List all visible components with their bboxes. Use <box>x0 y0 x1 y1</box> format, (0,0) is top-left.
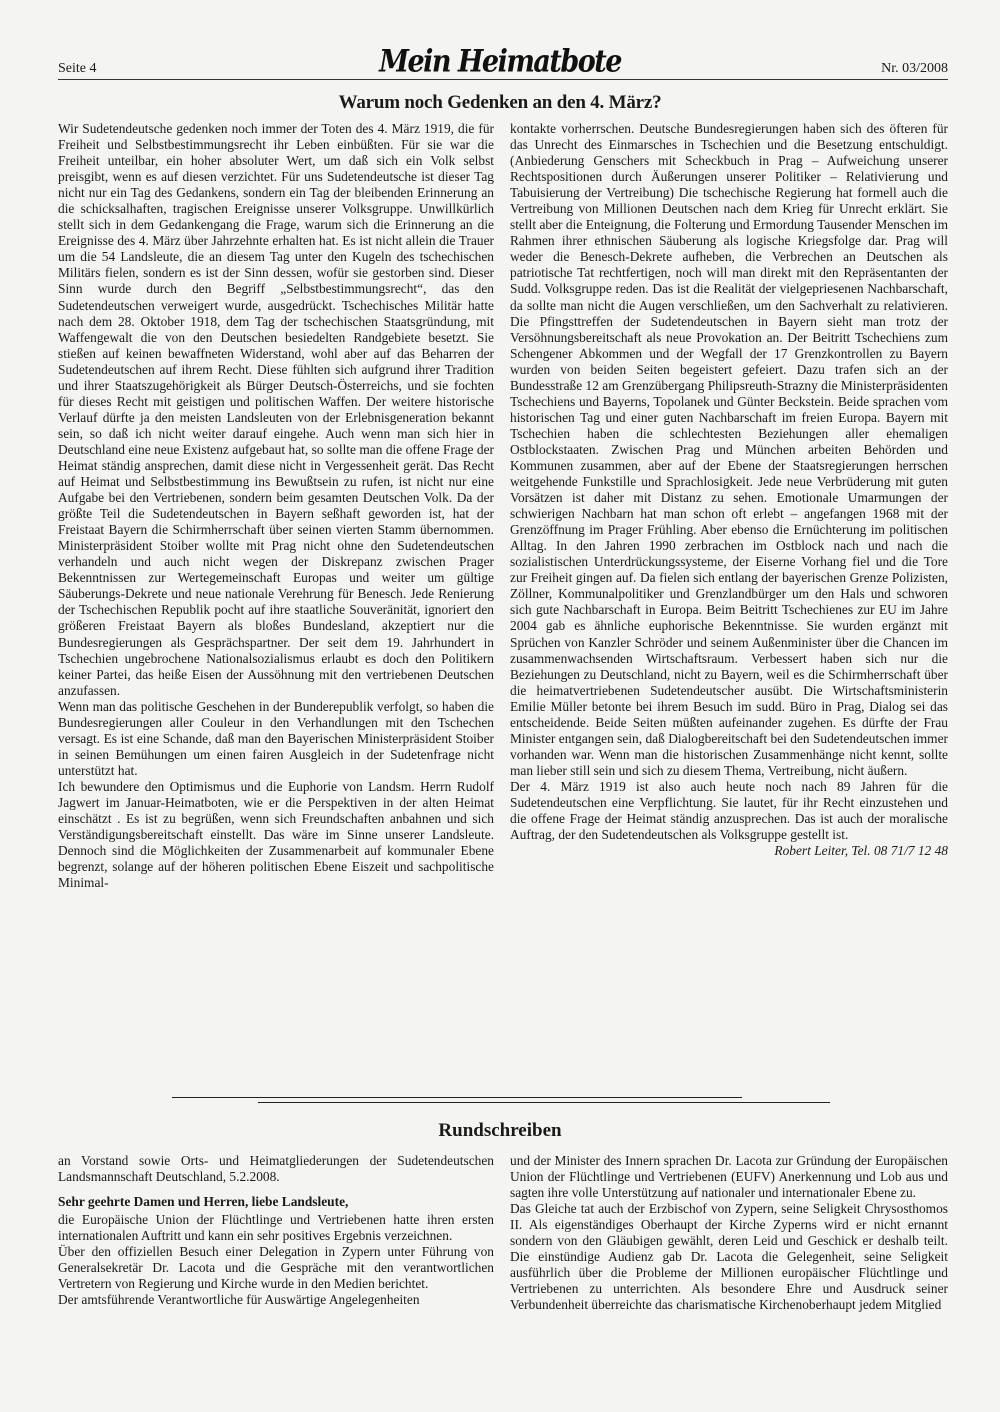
paragraph: und der Minister des Innern sprachen Dr.… <box>510 1153 948 1201</box>
paragraph-closing: Der 4. März 1919 ist also auch heute noc… <box>510 779 948 843</box>
article-column-1: an Vorstand sowie Orts- und Heimatgliede… <box>58 1153 494 1308</box>
separator-rule <box>258 1102 830 1103</box>
paragraph: Das Gleiche tat auch der Erzbischof von … <box>510 1201 948 1313</box>
article-column-2: kontakte vorherrschen. Deutsche Bundesre… <box>510 121 948 859</box>
article-title: Warum noch Gedenken an den 4. März? <box>0 92 1000 114</box>
paragraph: Ich bewundere den Optimismus und die Eup… <box>58 779 494 891</box>
paragraph: Über den offiziellen Besuch einer Delega… <box>58 1244 494 1292</box>
newspaper-page: Seite 4 Mein Heimatbote Nr. 03/2008 Waru… <box>0 0 1000 1412</box>
article-column-2: und der Minister des Innern sprachen Dr.… <box>510 1153 948 1313</box>
paragraph: die Europäische Union der Flüchtlinge un… <box>58 1212 494 1244</box>
paragraph: Wenn man das politische Geschehen in der… <box>58 699 494 779</box>
paragraph: Wir Sudetendeutsche gedenken noch immer … <box>58 121 494 699</box>
header-rule <box>58 79 948 80</box>
masthead-logo: Mein Heimatbote <box>0 44 1000 80</box>
separator-rule <box>172 1097 742 1098</box>
intro: an Vorstand sowie Orts- und Heimatgliede… <box>58 1153 494 1185</box>
paragraph: Der amtsführende Verantwortliche für Aus… <box>58 1292 494 1308</box>
author-signature: Robert Leiter, Tel. 08 71/7 12 48 <box>774 843 948 859</box>
greeting: Sehr geehrte Damen und Herren, liebe Lan… <box>58 1194 494 1210</box>
article-column-1: Wir Sudetendeutsche gedenken noch immer … <box>58 121 494 891</box>
article-title: Rundschreiben <box>0 1120 1000 1142</box>
closing-text: Der 4. März 1919 ist also auch heute noc… <box>510 779 948 842</box>
issue-number: Nr. 03/2008 <box>881 61 948 77</box>
paragraph: kontakte vorherrschen. Deutsche Bundesre… <box>510 121 948 779</box>
